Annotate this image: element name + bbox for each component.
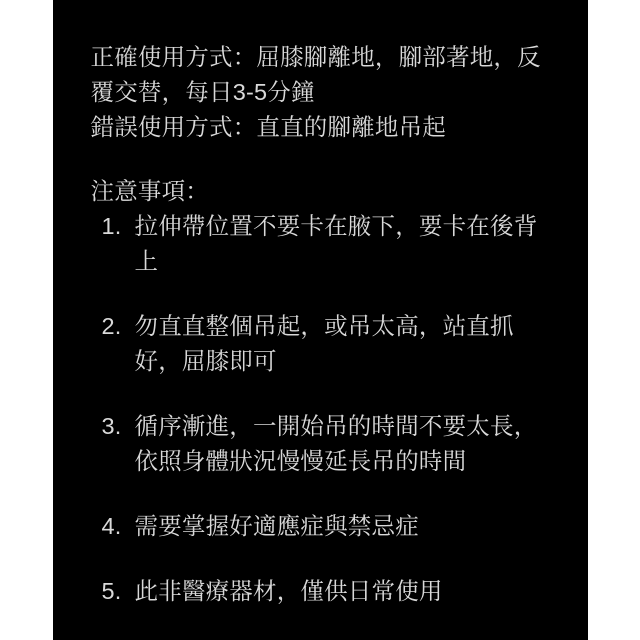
notes-heading: 注意事項： (91, 174, 588, 209)
note-item-number: 1. (102, 209, 135, 244)
product-description-image: 正確使用方式：屈膝腳離地，腳部著地，反 覆交替，每日3-5分鐘 錯誤使用方式：直… (0, 0, 640, 640)
note-item-number: 4. (102, 509, 135, 544)
note-item: 3. 循序漸進，一開始吊的時間不要太長， 依照身體狀況慢慢延長吊的時間 (91, 409, 588, 479)
note-item-number: 3. (102, 409, 135, 444)
note-item: 2. 勿直直整個吊起，或吊太高，站直抓 好，屈膝即可 (91, 309, 588, 379)
note-item-number: 5. (102, 574, 135, 609)
wrong-usage-text: 錯誤使用方式：直直的腳離地吊起 (91, 110, 588, 145)
instruction-panel: 正確使用方式：屈膝腳離地，腳部著地，反 覆交替，每日3-5分鐘 錯誤使用方式：直… (53, 0, 588, 640)
note-item-text: 拉伸帶位置不要卡在腋下，要卡在後背 上 (135, 209, 588, 279)
note-item-text: 此非醫療器材，僅供日常使用 (135, 574, 588, 609)
notes-list: 1. 拉伸帶位置不要卡在腋下，要卡在後背 上 2. 勿直直整個吊起，或吊太高，站… (91, 209, 588, 609)
correct-usage-text: 正確使用方式：屈膝腳離地，腳部著地，反 覆交替，每日3-5分鐘 (91, 40, 588, 110)
note-item-text: 需要掌握好適應症與禁忌症 (135, 509, 588, 544)
note-item: 4. 需要掌握好適應症與禁忌症 (91, 509, 588, 544)
note-item: 5. 此非醫療器材，僅供日常使用 (91, 574, 588, 609)
note-item-text: 循序漸進，一開始吊的時間不要太長， 依照身體狀況慢慢延長吊的時間 (135, 409, 588, 479)
note-item-number: 2. (102, 309, 135, 344)
note-item: 1. 拉伸帶位置不要卡在腋下，要卡在後背 上 (91, 209, 588, 279)
note-item-text: 勿直直整個吊起，或吊太高，站直抓 好，屈膝即可 (135, 309, 588, 379)
